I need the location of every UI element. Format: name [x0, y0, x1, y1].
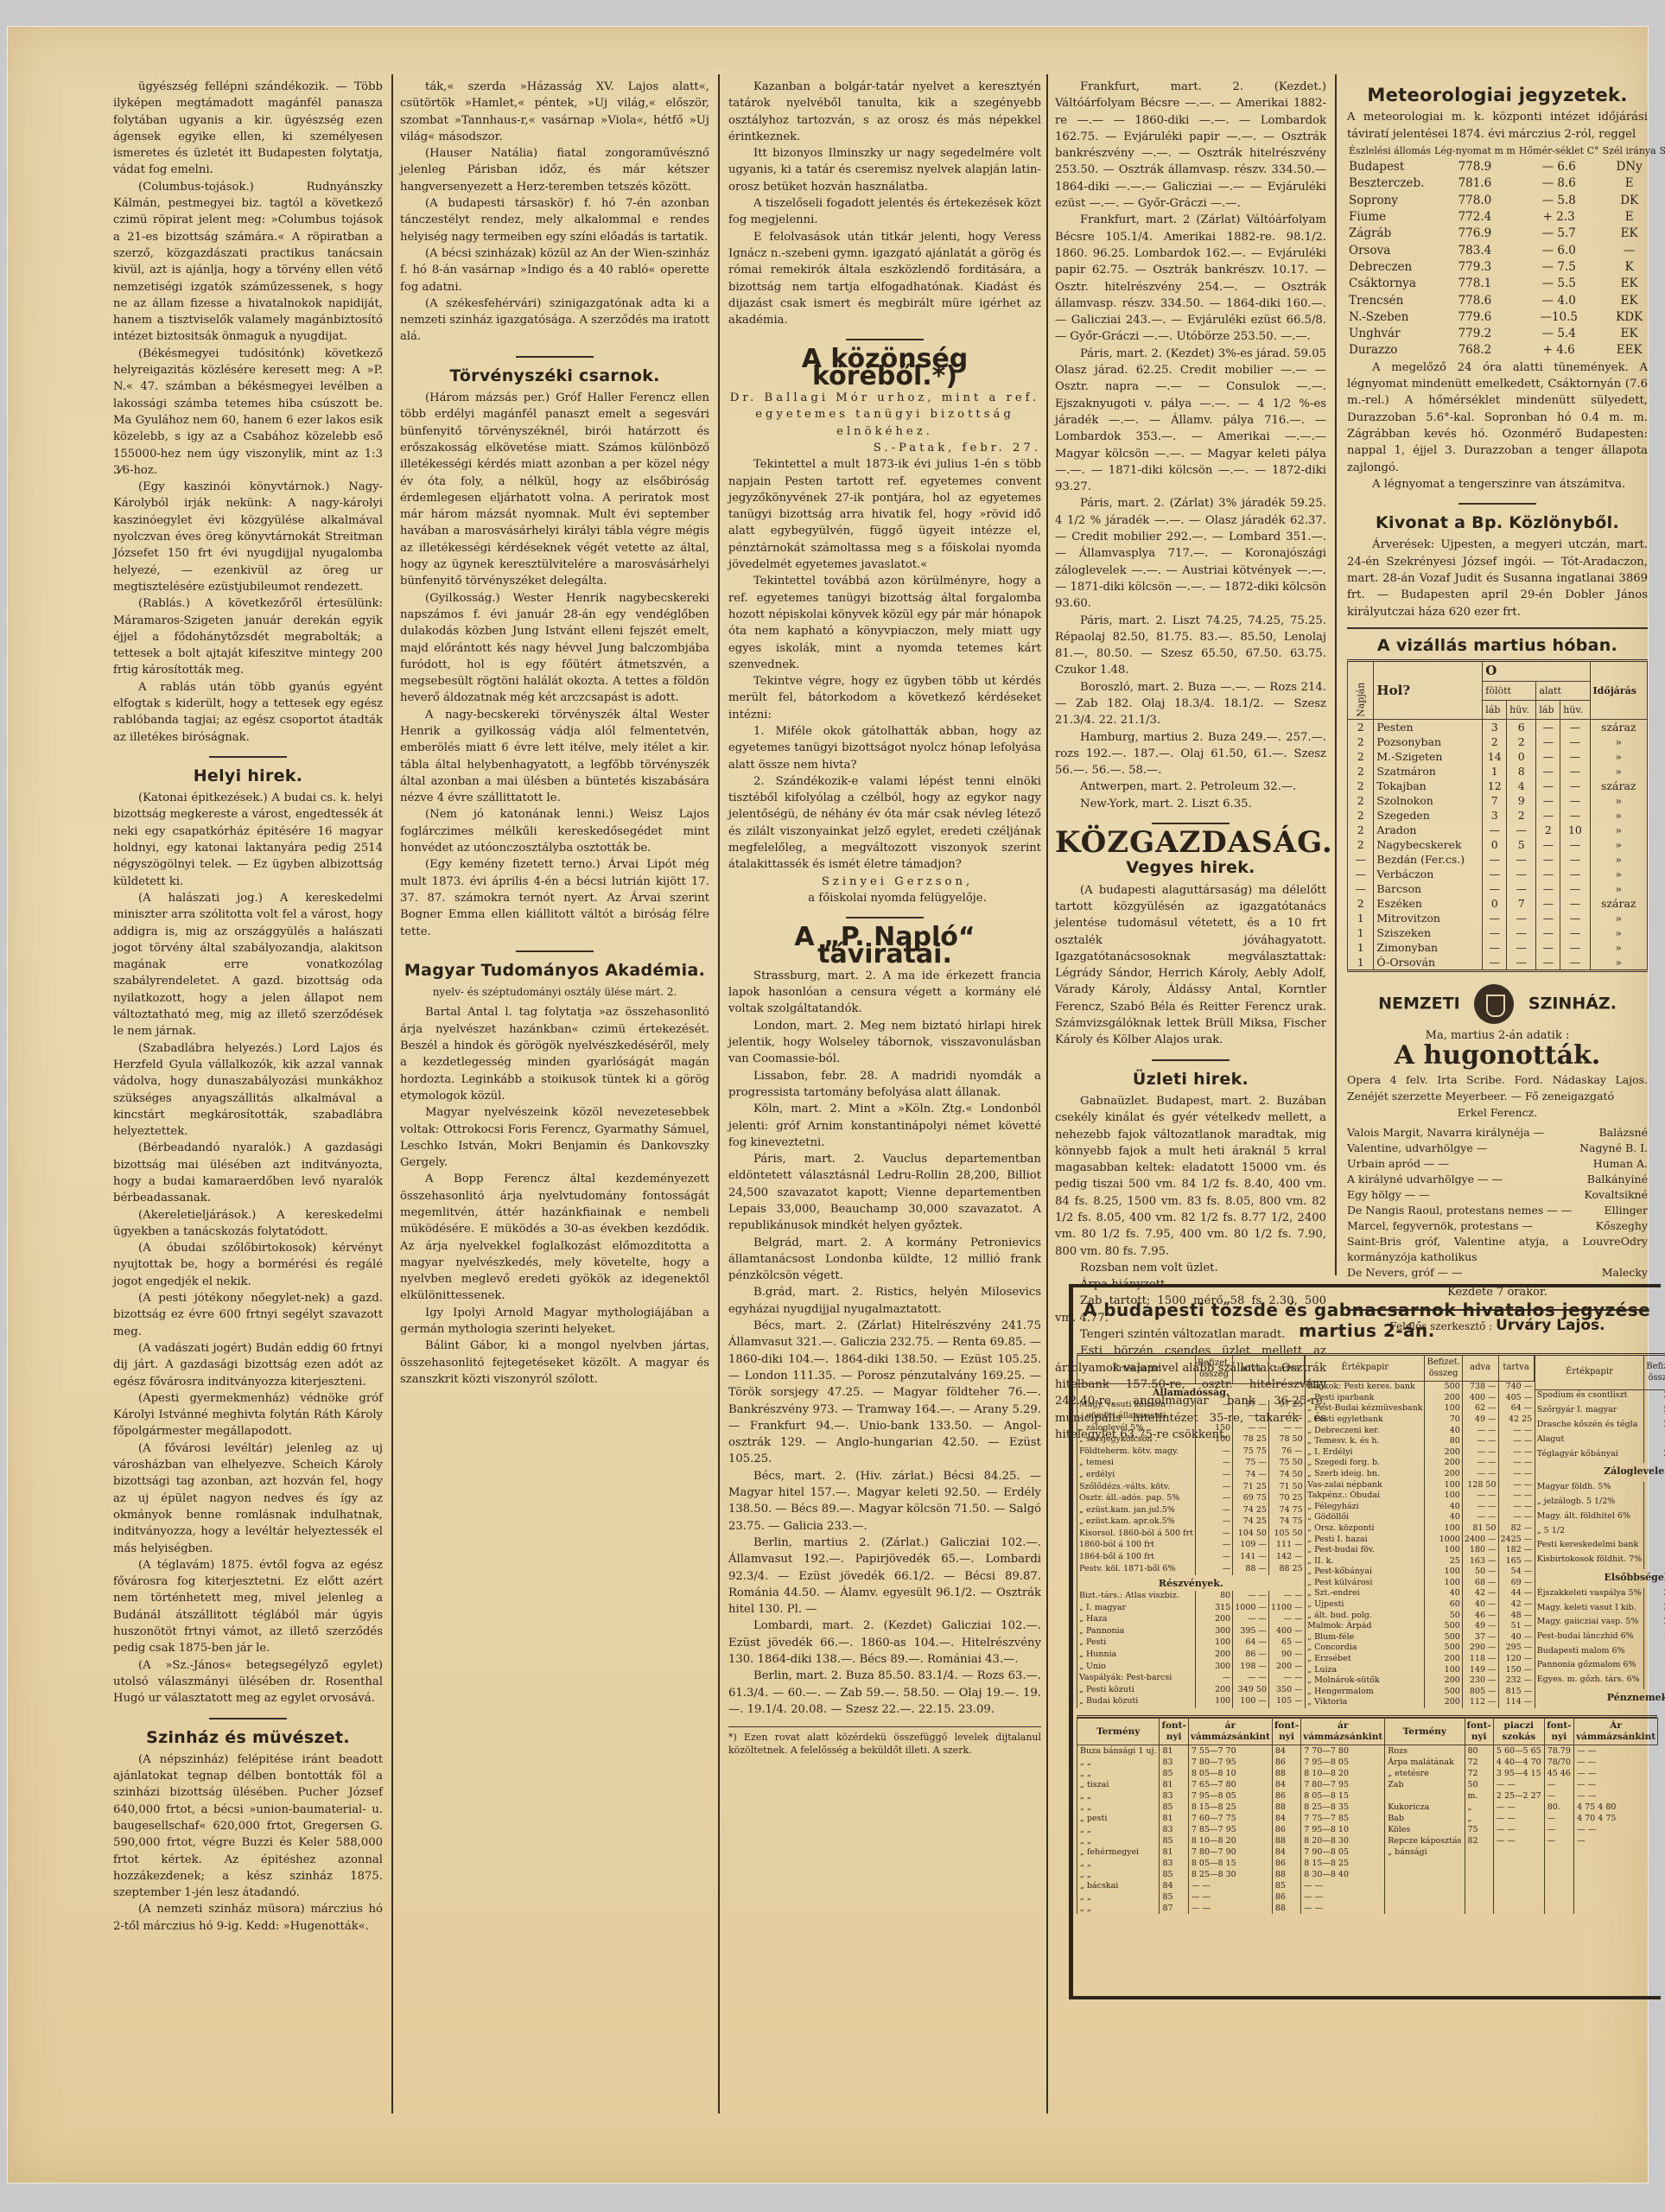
grain-cell [1465, 1858, 1493, 1869]
article-paragraph: (Nem jó katonának lenni.) Weisz Lajos fo… [400, 806, 709, 856]
grain-cell [1465, 1880, 1493, 1891]
water-level-cell: — [1507, 955, 1536, 971]
grain-cell: 4 75 4 80 [1574, 1802, 1658, 1813]
security-cell: — — [1462, 1469, 1498, 1480]
weather-cell: EK [1601, 226, 1658, 242]
water-level-row: 2Tokajban124——száraz [1348, 779, 1648, 793]
grain-cell [1385, 1891, 1465, 1903]
water-level-row: 1Sziszeken————» [1348, 925, 1648, 940]
telegram-paragraph: Bécs, mart. 2. (Zárlat) Hitelrészvény 24… [728, 1318, 1041, 1468]
water-level-cell: — [1560, 764, 1590, 779]
article-paragraph: Rozsban nem volt üzlet. [1055, 1260, 1326, 1276]
water-level-cell: — [1536, 867, 1560, 881]
security-row: „ Pest-budai föv.100180 —182 — [1306, 1545, 1535, 1556]
col-zero: O [1483, 661, 1590, 681]
market-report: Páris, mart. 2. Liszt 74.25, 74.25, 75.2… [1055, 613, 1326, 679]
grain-row: „ „837 80—7 95867 95—8 05Árpa malátának7… [1077, 1757, 1658, 1768]
security-cell: „ Ujpesti [1306, 1599, 1425, 1611]
security-cell: — — [1268, 1411, 1304, 1423]
security-cell: „ Pest külvárosi [1306, 1578, 1425, 1589]
security-row: Magy. ált. földhitel 6%—86 5086 75 [1535, 1511, 1665, 1526]
security-cell: 75 75 [1233, 1446, 1269, 1459]
weather-cell: — 6.0 [1517, 243, 1601, 259]
telegram-paragraph: London, mart. 2. Meg nem biztató hirlapi… [728, 1018, 1041, 1068]
weather-cell: Beszterczeb. [1347, 175, 1433, 192]
security-cell: 315 [1195, 1603, 1232, 1615]
weather-cell: N.-Szeben [1347, 309, 1433, 326]
security-cell: Téglagyár kőbányai [1535, 1449, 1644, 1464]
security-cell: „ Concordia [1306, 1643, 1425, 1654]
security-cell: „ gömöri államvasuti [1077, 1411, 1196, 1423]
grain-cell: Repcze káposztás [1385, 1835, 1465, 1847]
security-cell: 200 — [1268, 1662, 1304, 1674]
column-header: Ár vámmázsánkint [1574, 1719, 1658, 1745]
water-level-cell: — [1560, 852, 1590, 867]
telegram-paragraph: Bécs, mart. 2. (Hiv. zárlat.) Bécsi 84.2… [728, 1468, 1041, 1535]
security-cell: „ Pest-kőbányai [1306, 1567, 1425, 1578]
section-title-akademia: Magyar Tudományos Akadémia. [400, 963, 709, 979]
security-cell: „ ezüst.kam. apr.ok.5% [1077, 1516, 1196, 1529]
security-cell: 165 — [1498, 1556, 1534, 1567]
grain-cell [1465, 1847, 1493, 1858]
market-report: Boroszló, mart. 2. Buza —.—. — Rozs 214.… [1055, 679, 1326, 729]
security-cell: 70 25 [1268, 1493, 1304, 1505]
security-cell: „ Pesti egyletbank [1306, 1414, 1425, 1426]
security-cell: 74 25 [1233, 1505, 1269, 1517]
security-cell: 150 [1195, 1423, 1232, 1435]
grain-cell: Rozs [1385, 1745, 1465, 1758]
security-row: „ Hengermalom500805 —815 — [1306, 1687, 1535, 1698]
water-level-cell: 1 [1348, 940, 1374, 955]
security-cell: 37 — [1462, 1632, 1498, 1643]
grain-cell: 5 60—5 65 [1493, 1745, 1544, 1758]
water-level-cell: — [1560, 867, 1590, 881]
security-cell: 500 [1425, 1687, 1462, 1698]
water-level-cell: — [1560, 837, 1590, 852]
grain-cell: 8 20—8 30 [1301, 1835, 1385, 1847]
grain-cell: 85 [1160, 1835, 1188, 1847]
water-level-cell: Zimonyban [1374, 940, 1483, 955]
grain-cell: — — [1574, 1790, 1658, 1802]
security-cell [1195, 1411, 1232, 1423]
security-cell: „ Molnárok-sütők [1306, 1675, 1425, 1687]
grain-cell [1574, 1880, 1658, 1891]
security-cell: 230 — [1462, 1675, 1498, 1687]
grain-cell [1385, 1869, 1465, 1880]
water-level-cell: Sziszeken [1374, 925, 1483, 940]
grain-row: „ tiszai817 65—7 80847 80—7 95Zab50— ———… [1077, 1779, 1658, 1790]
water-level-cell: — [1536, 852, 1560, 867]
cast-actor: Nagyné B. I. [1579, 1141, 1648, 1156]
crest-icon [1474, 984, 1514, 1024]
grain-cell: Buza bánsági 1 uj. [1077, 1745, 1160, 1758]
security-cell: 40 [1425, 1426, 1462, 1437]
cast-row: Urbain apród — —Human A. [1347, 1156, 1648, 1172]
grain-cell: 88 [1272, 1802, 1300, 1813]
security-cell: Szőrgyár I. magyar [1535, 1405, 1644, 1420]
water-level-cell: 1 [1348, 955, 1374, 971]
separator [846, 917, 924, 918]
security-cell: 100 [1425, 1403, 1462, 1414]
group-header-row: Pénznemek. [1535, 1689, 1665, 1708]
weather-cell: — [1658, 243, 1665, 259]
weather-cell: 768.2 [1433, 342, 1517, 359]
water-level-cell: — [1348, 852, 1374, 867]
grain-cell: 85 [1160, 1869, 1188, 1880]
cast-actor: Balkányiné [1587, 1172, 1648, 1187]
water-level-cell: — [1560, 925, 1590, 940]
security-cell: 40 [1425, 1512, 1462, 1523]
col-lab: láb [1536, 700, 1560, 719]
grain-cell: 45 46 [1544, 1768, 1573, 1779]
torvenyszeki-articles: (Három mázsás per.) Gróf Haller Ferencz … [400, 390, 709, 940]
security-cell: 200 [1425, 1447, 1462, 1459]
security-cell: — — [1233, 1673, 1269, 1685]
security-cell: — — [1233, 1591, 1269, 1603]
col-napjan: Napján [1348, 661, 1374, 720]
grain-cell [1544, 1869, 1573, 1880]
grain-cell: Árpa malátának [1385, 1757, 1465, 1768]
security-cell: 349 50 [1233, 1685, 1269, 1697]
grain-cell: 88 [1272, 1768, 1300, 1779]
meteo-notes: A megelőző 24 óra alatti tünemények. A l… [1347, 359, 1648, 493]
security-cell: — — [1233, 1614, 1269, 1626]
telegram-paragraph: Strassburg, mart. 2. A ma ide érkezett f… [728, 968, 1041, 1018]
weather-cell: K [1601, 259, 1658, 276]
theatre-name-right: SZINHÁZ. [1528, 995, 1617, 1014]
theatre-play-title: A hugonották. [1347, 1047, 1648, 1064]
water-level-cell: 0 [1483, 837, 1507, 852]
grain-cell: „ tiszai [1077, 1779, 1160, 1790]
water-level-cell: 9 [1507, 793, 1536, 808]
security-cell: — [1195, 1458, 1232, 1470]
grain-cell: 81 [1160, 1745, 1188, 1758]
security-cell: „ Pesti I. hazai [1306, 1535, 1425, 1546]
security-cell: „ jelzálogb. 5 1/2% [1535, 1497, 1644, 1511]
security-row: „ Gödöllői40— —— — [1306, 1512, 1535, 1523]
grain-row: „ „858 25—8 30888 30—8 40 [1077, 1869, 1658, 1880]
security-cell: 1000 — [1233, 1603, 1269, 1615]
security-cell: 68 — [1462, 1578, 1498, 1589]
security-cell: 740 — [1498, 1382, 1534, 1393]
water-level-cell: 1 [1348, 911, 1374, 925]
security-row: „ Orsz. központi10081 5082 — [1306, 1523, 1535, 1535]
grain-cell: 86 [1272, 1891, 1300, 1903]
security-row: „ Szegedi forg. b.200— —— — [1306, 1458, 1535, 1469]
group-header: Záloglevelek. [1535, 1463, 1665, 1482]
security-row: Pestv. köl. 1871-ből 6%—88 —88 25 [1077, 1564, 1305, 1576]
water-level-cell: Nagybecskerek [1374, 837, 1483, 852]
grain-cell: 78/70 [1544, 1757, 1573, 1768]
group-header-row: Elsőbbségek. [1535, 1569, 1665, 1588]
article-paragraph: (Bérbeadandó nyaralók.) A gazdasági bizo… [113, 1140, 383, 1206]
security-row: „ Pest-Budai kézmüvesbank10062 —64 — [1306, 1403, 1535, 1414]
grain-cell: 8 05—8 10 [1188, 1768, 1272, 1779]
grain-row: „ „837 85—7 95867 95—8 10Köles75— ——— — [1077, 1824, 1658, 1835]
grain-cell: 8 10—8 20 [1188, 1835, 1272, 1847]
article-paragraph: (Szabadlábra helyezés.) Lord Lajos és He… [113, 1040, 383, 1141]
security-cell: 42 25 [1498, 1414, 1534, 1426]
water-level-row: 2Szolnokon79——» [1348, 793, 1648, 808]
security-cell: „ Viktoria [1306, 1697, 1425, 1708]
security-cell: 815 — [1498, 1687, 1534, 1698]
grain-cell [1385, 1858, 1465, 1869]
security-row: „ erdélyi—74 —74 50 [1077, 1470, 1305, 1482]
weather-cell: — 5.7 [1517, 226, 1601, 242]
section-title-szinhaz: Szinház és müvészet. [113, 1730, 383, 1746]
water-level-row: 2Pozsonyban22——» [1348, 734, 1648, 749]
grain-cell: 84 [1272, 1813, 1300, 1824]
security-cell: Magyar földh. 5% [1535, 1482, 1644, 1497]
grain-row: „ „85— —86— — [1077, 1891, 1658, 1903]
water-level-row: 1Ó-Orsován————» [1348, 955, 1648, 971]
column-header: Befizet. összeg [1425, 1355, 1462, 1382]
water-level-cell: Ó-Orsován [1374, 955, 1483, 971]
security-cell: Éjszakkeleti vaspálya 5% [1535, 1588, 1644, 1603]
grain-cell: Zab [1385, 1779, 1465, 1790]
article-paragraph: (Columbus-tojások.) Rudnyánszky Kálmán, … [113, 179, 383, 346]
theatre-conductor: Erkel Ferencz. [1347, 1104, 1648, 1121]
grain-cell [1574, 1847, 1658, 1858]
water-level-cell: 2 [1348, 793, 1374, 808]
weather-cell: DNy [1601, 159, 1658, 175]
section-title-helyi-hirek: Helyi hirek. [113, 768, 383, 785]
security-cell: 400 — [1462, 1393, 1498, 1404]
article-paragraph: Igy Ipolyi Arnold Magyar mythologiájában… [400, 1305, 709, 1338]
security-cell: Budapesti malom 6% [1535, 1646, 1644, 1661]
security-cell: „ Erzsébet [1306, 1654, 1425, 1665]
security-row: „ Viktoria200112 —114 — [1306, 1697, 1535, 1708]
article-paragraph: (Katonai épitkezések.) A budai cs. k. he… [113, 790, 383, 890]
security-cell: 64 — [1498, 1403, 1534, 1414]
szinhaz-articles: (A népszinház) felépitése iránt beadott … [113, 1751, 383, 1935]
akademia-articles: Bartal Antal l. tag folytatja »az összeh… [400, 1004, 709, 1388]
security-cell: Földteherm. kötv. magy. [1077, 1446, 1196, 1459]
grain-cell [1544, 1847, 1573, 1858]
security-cell: 1860-ból á 100 frt [1077, 1540, 1196, 1552]
article-paragraph: (A pesti jótékony nőegylet-nek) a gazd. … [113, 1290, 383, 1340]
grain-cell: 85 [1160, 1891, 1188, 1903]
telegram-paragraph: Páris, mart. 2. Vauclus departementban e… [728, 1151, 1041, 1234]
security-row: Magy. vasuti kölcsön .—97 —97 25 [1077, 1400, 1305, 1412]
weather-cell: 4 [1658, 342, 1665, 359]
grain-cell: 80 [1465, 1745, 1493, 1758]
security-cell: 71 50 [1268, 1482, 1304, 1494]
article-paragraph: A tiszelőseli fogadott jelentés és értek… [728, 195, 1041, 229]
group-header: Részvények. [1077, 1575, 1305, 1591]
article-paragraph: (Akereletieljárások.) A kereskedelmi ügy… [113, 1207, 383, 1241]
article-paragraph: Tekintettel továbbá azon körülményre, ho… [728, 573, 1041, 673]
security-row: „ Molnárok-sütők200230 —232 — [1306, 1675, 1535, 1687]
security-cell: — — [1268, 1423, 1304, 1435]
water-level-cell: — [1560, 896, 1590, 911]
grain-cell: Bab [1385, 1813, 1465, 1824]
weather-cell: 781.6 [1433, 175, 1517, 192]
water-level-cell: — [1483, 823, 1507, 837]
security-cell: „ Pest-Budai kézmüvesbank [1306, 1403, 1425, 1414]
security-cell: „ ezüst.kam. jan.jul.5% [1077, 1505, 1196, 1517]
article-paragraph: Magyar nyelvészeink közöl nevezetesebbek… [400, 1104, 709, 1171]
grain-cell: 85 [1160, 1802, 1188, 1813]
grain-cell: — — [1493, 1813, 1544, 1824]
kivonat-article: Árverések: Ujpesten, a megyeri utczán, m… [1347, 537, 1648, 620]
grain-cell: 84 [1272, 1847, 1300, 1858]
weather-row: Budapest778.9— 6.6DNy3derü [1347, 159, 1665, 175]
cast-role: Saint-Bris gróf, Valentine atyja, a Louv… [1347, 1234, 1621, 1265]
security-cell: 300 [1644, 1603, 1665, 1618]
water-level-cell: — [1507, 867, 1536, 881]
grain-row: „ „837 95—8 05868 05—8 15m.2 25—2 27—— — [1077, 1790, 1658, 1802]
security-row: „ Pesti iparbank200400 —405 — [1306, 1393, 1535, 1404]
water-level-cell: 7 [1507, 896, 1536, 911]
section-title-kozgazdasag: KÖZGAZDASÁG. [1055, 835, 1326, 851]
grain-cell: 2 25—2 27 [1493, 1790, 1544, 1802]
security-cell: „ Pesti közuti [1077, 1685, 1196, 1697]
water-level-row: 2Szatmáron18——» [1348, 764, 1648, 779]
security-cell: 300 [1195, 1662, 1232, 1674]
security-cell: „ Hunnia [1077, 1649, 1196, 1662]
grain-cell: 7 80—7 95 [1188, 1757, 1272, 1768]
security-row: Spodium és csontliszt200170 —175 — [1535, 1390, 1665, 1405]
water-level-cell: — [1560, 911, 1590, 925]
water-level-cell: — [1560, 779, 1590, 793]
security-row: „ Pesti I. hazai10002400 —2425 — [1306, 1535, 1535, 1546]
security-cell: 500 [1425, 1382, 1462, 1393]
security-cell: 40 [1425, 1588, 1462, 1599]
water-level-cell: — [1483, 940, 1507, 955]
security-cell: — [1644, 1540, 1665, 1554]
grain-cell: 7 95—8 05 [1301, 1757, 1385, 1768]
water-level-cell: 4 [1507, 779, 1536, 793]
security-cell: Szőlődézs.-válts. kötv. [1077, 1482, 1196, 1494]
security-cell: 80 [1195, 1591, 1232, 1603]
security-cell: 42 — [1462, 1588, 1498, 1599]
grain-cell: 3 95—4 15 [1493, 1768, 1544, 1779]
security-cell: 120 — [1498, 1654, 1534, 1665]
security-cell: „ Szt.-endrei [1306, 1588, 1425, 1599]
water-level-table: Napján Hol? O Időjárás fölött alatt láb … [1347, 659, 1648, 972]
column-header: Termény [1077, 1719, 1160, 1745]
group-header: Államadósság. [1077, 1383, 1305, 1399]
water-level-cell: 5 [1507, 837, 1536, 852]
security-row: Pest-budai lánczhid 6%10084 —84 50 [1535, 1631, 1665, 1646]
security-cell: — [1195, 1400, 1232, 1412]
security-cell: „ ált. bud. polg. [1306, 1611, 1425, 1622]
separator [209, 756, 287, 758]
security-cell: Spodium és csontliszt [1535, 1390, 1644, 1405]
cast-role: A királyné udvarhölgye — — [1347, 1172, 1503, 1187]
weather-cell: EEK [1601, 342, 1658, 359]
security-cell: Drasche kőszén és tégla [1535, 1420, 1644, 1434]
water-level-cell: 2 [1507, 734, 1536, 749]
section-title-uzleti: Üzleti hirek. [1055, 1071, 1326, 1088]
security-cell: 805 — [1462, 1687, 1498, 1698]
article-paragraph: (Egy kaszinói könyvtárnok.) Nagy-Károlyb… [113, 479, 383, 595]
cast-actor: Human A. [1593, 1156, 1648, 1172]
security-cell: — [1195, 1516, 1232, 1529]
market-report: Páris, mart. 2. (Kezdet) 3%-es járad. 59… [1055, 346, 1326, 496]
security-cell: „ Haza [1077, 1614, 1196, 1626]
security-row: „ Unio300198 —200 — [1077, 1662, 1305, 1674]
security-cell: „ Temesv. k. és h. [1306, 1436, 1425, 1447]
security-cell: 142 — [1268, 1552, 1304, 1564]
kozonseg-signature-role: a főiskolai nyomda felügyelője. [728, 890, 1041, 906]
security-cell: 74 25 [1233, 1516, 1269, 1529]
grain-row: „ pesti817 60—7 75847 75—7 85Bab„— ——4 7… [1077, 1813, 1658, 1824]
security-cell: — [1195, 1673, 1232, 1685]
weather-cell: Unghvár [1347, 326, 1433, 342]
water-level-cell: Szolnokon [1374, 793, 1483, 808]
article-paragraph: Bartal Antal l. tag folytatja »az összeh… [400, 1004, 709, 1104]
water-level-row: 2M.-Szigeten140——» [1348, 749, 1648, 764]
column-5: Meteorologiai jegyzetek. A meteorologiai… [1347, 79, 1648, 1335]
security-cell: 100 [1425, 1665, 1462, 1676]
security-cell: — — [1498, 1502, 1534, 1513]
water-level-cell: Szatmáron [1374, 764, 1483, 779]
grain-prices: Terményfont-nyiár vámmázsánkintfont-nyiá… [1077, 1715, 1657, 1914]
security-cell: „ záloglevél 5% [1077, 1423, 1196, 1435]
grain-cell: — — [1301, 1880, 1385, 1891]
security-row: Földteherm. kötv. magy.—75 7576 — [1077, 1446, 1305, 1459]
cast-actor: Kovaltsikné [1585, 1187, 1649, 1203]
security-cell: Pestv. köl. 1871-ből 6% [1077, 1564, 1196, 1576]
section-title-meteo: Meteorologiai jegyzetek. [1347, 87, 1648, 104]
bourse-securities: ÉrtékpapirBefizet. összegadvatartvaÁllam… [1077, 1353, 1657, 1708]
grain-cell: Köles [1385, 1824, 1465, 1835]
grain-cell: 80. [1544, 1802, 1573, 1813]
security-cell: 40 [1425, 1502, 1462, 1513]
security-cell: „ II. k. [1306, 1556, 1425, 1567]
weather-cell: KDK [1601, 309, 1658, 326]
column-header: piaczi szokás [1493, 1719, 1544, 1745]
security-cell: 200 [1425, 1393, 1462, 1404]
footnote: *) Ezen rovat alatt közérdekü összefüggő… [728, 1726, 1041, 1757]
water-level-cell: 2 [1348, 734, 1374, 749]
security-cell: „ Pest-budai föv. [1306, 1545, 1425, 1556]
separator [209, 1718, 287, 1719]
security-cell: 149 — [1462, 1665, 1498, 1676]
security-row: „ Pest külvárosi10068 —69 — [1306, 1578, 1535, 1589]
security-cell: „ temesi [1077, 1458, 1196, 1470]
security-cell: 100 [1425, 1491, 1462, 1502]
security-row: „ ált. bud. polg.5046 —48 — [1306, 1611, 1535, 1622]
water-level-cell: » [1590, 808, 1647, 823]
article-paragraph: Kazanban a bolgár-tatár nyelvet a keresz… [728, 79, 1041, 145]
weather-cell: + 4.6 [1517, 342, 1601, 359]
grain-cell: — [1544, 1835, 1573, 1847]
grain-cell: 8 05—8 15 [1188, 1858, 1272, 1869]
grain-cell: — — [1301, 1903, 1385, 1914]
water-level-cell: 2 [1348, 779, 1374, 793]
security-cell: 109 — [1233, 1540, 1269, 1552]
security-cell: 128 50 [1462, 1480, 1498, 1491]
water-level-cell: — [1536, 837, 1560, 852]
cast-row: Saint-Bris gróf, Valentine atyja, a Louv… [1347, 1234, 1648, 1265]
water-level-cell: — [1536, 808, 1560, 823]
water-level-cell: 7 [1483, 793, 1507, 808]
water-level-cell: Szegeden [1374, 808, 1483, 823]
security-cell: — — [1498, 1458, 1534, 1469]
security-row: Magyar földh. 5%—86 2586 50 [1535, 1482, 1665, 1497]
telegram-paragraph: Lissabon, febr. 28. A madridi nyomdák a … [728, 1068, 1041, 1102]
article-paragraph: Tekintve végre, hogy ez ügyben több ut k… [728, 673, 1041, 723]
security-cell: 100 [1195, 1637, 1232, 1649]
grain-cell: „ pesti [1077, 1813, 1160, 1824]
weather-cell: Csáktornya [1347, 276, 1433, 292]
security-cell: 100 [1644, 1660, 1665, 1675]
security-cell: „ sorsjegykölcsön . [1077, 1434, 1196, 1446]
market-report: Hamburg, martius 2. Buza 249.—. 257.—. r… [1055, 729, 1326, 779]
